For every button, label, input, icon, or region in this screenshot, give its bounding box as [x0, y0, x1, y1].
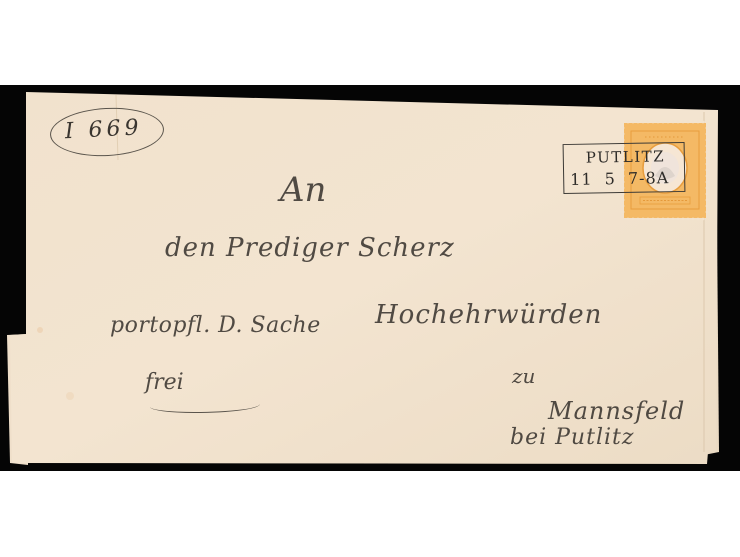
addressee-text: den Prediger Scherz	[165, 233, 455, 263]
zu-text: zu	[512, 364, 535, 388]
postmark-town: PUTLITZ	[586, 147, 666, 166]
destination-town-text: Mannsfeld	[548, 397, 685, 425]
postage-note-text: portopfl. D. Sache	[110, 313, 321, 338]
salutation-text: An	[280, 170, 326, 210]
postal-cover: PUTLITZ 11 5 7-8A I 669 An den Prediger …	[0, 0, 740, 557]
title-text: Hochehrwürden	[375, 300, 602, 330]
near-town-text: bei Putlitz	[510, 425, 634, 450]
cover-paper	[0, 0, 740, 557]
postmark-date: 11 5 7-8A	[570, 168, 669, 189]
frei-text: frei	[145, 370, 184, 395]
postmark: PUTLITZ 11 5 7-8A	[563, 142, 686, 194]
reference-note-text: I 669	[64, 115, 143, 144]
